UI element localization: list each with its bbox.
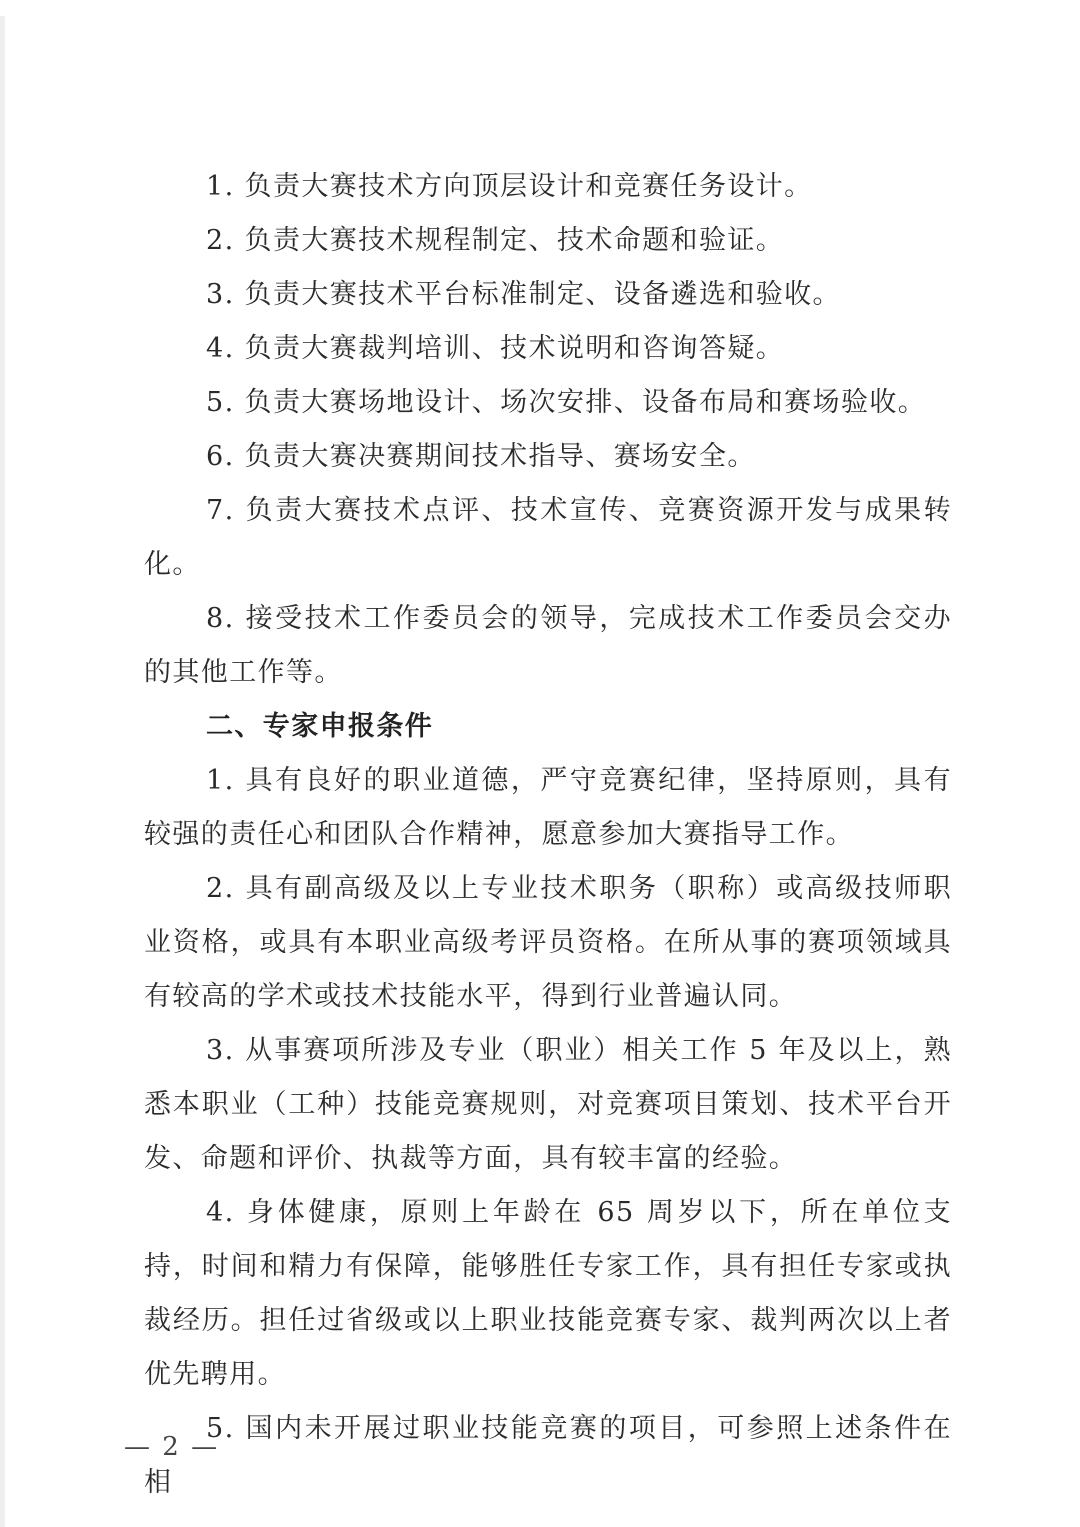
condition-item-5: 5. 国内未开展过职业技能竞赛的项目，可参照上述条件在相 [144,1402,952,1510]
section-heading: 二、专家申报条件 [144,700,952,754]
document-body: 1. 负责大赛技术方向顶层设计和竞赛任务设计。 2. 负责大赛技术规程制定、技术… [144,160,952,1510]
duty-item-3: 3. 负责大赛技术平台标准制定、设备遴选和验收。 [144,268,952,322]
page-edge-shadow [0,16,5,1527]
condition-item-3: 3. 从事赛项所涉及专业（职业）相关工作 5 年及以上，熟悉本职业（工种）技能竞… [144,1024,952,1186]
condition-item-2: 2. 具有副高级及以上专业技术职务（职称）或高级技师职业资格，或具有本职业高级考… [144,862,952,1024]
condition-item-4: 4. 身体健康，原则上年龄在 65 周岁以下，所在单位支持，时间和精力有保障，能… [144,1186,952,1402]
page-number: — 2 — [124,1432,219,1462]
duty-item-5: 5. 负责大赛场地设计、场次安排、设备布局和赛场验收。 [144,376,952,430]
duty-item-7: 7. 负责大赛技术点评、技术宣传、竞赛资源开发与成果转化。 [144,484,952,592]
duty-item-8: 8. 接受技术工作委员会的领导，完成技术工作委员会交办的其他工作等。 [144,592,952,700]
duty-item-1: 1. 负责大赛技术方向顶层设计和竞赛任务设计。 [144,160,952,214]
duty-item-6: 6. 负责大赛决赛期间技术指导、赛场安全。 [144,430,952,484]
condition-item-1: 1. 具有良好的职业道德，严守竞赛纪律，坚持原则，具有较强的责任心和团队合作精神… [144,754,952,862]
duty-item-2: 2. 负责大赛技术规程制定、技术命题和验证。 [144,214,952,268]
duty-item-4: 4. 负责大赛裁判培训、技术说明和咨询答疑。 [144,322,952,376]
